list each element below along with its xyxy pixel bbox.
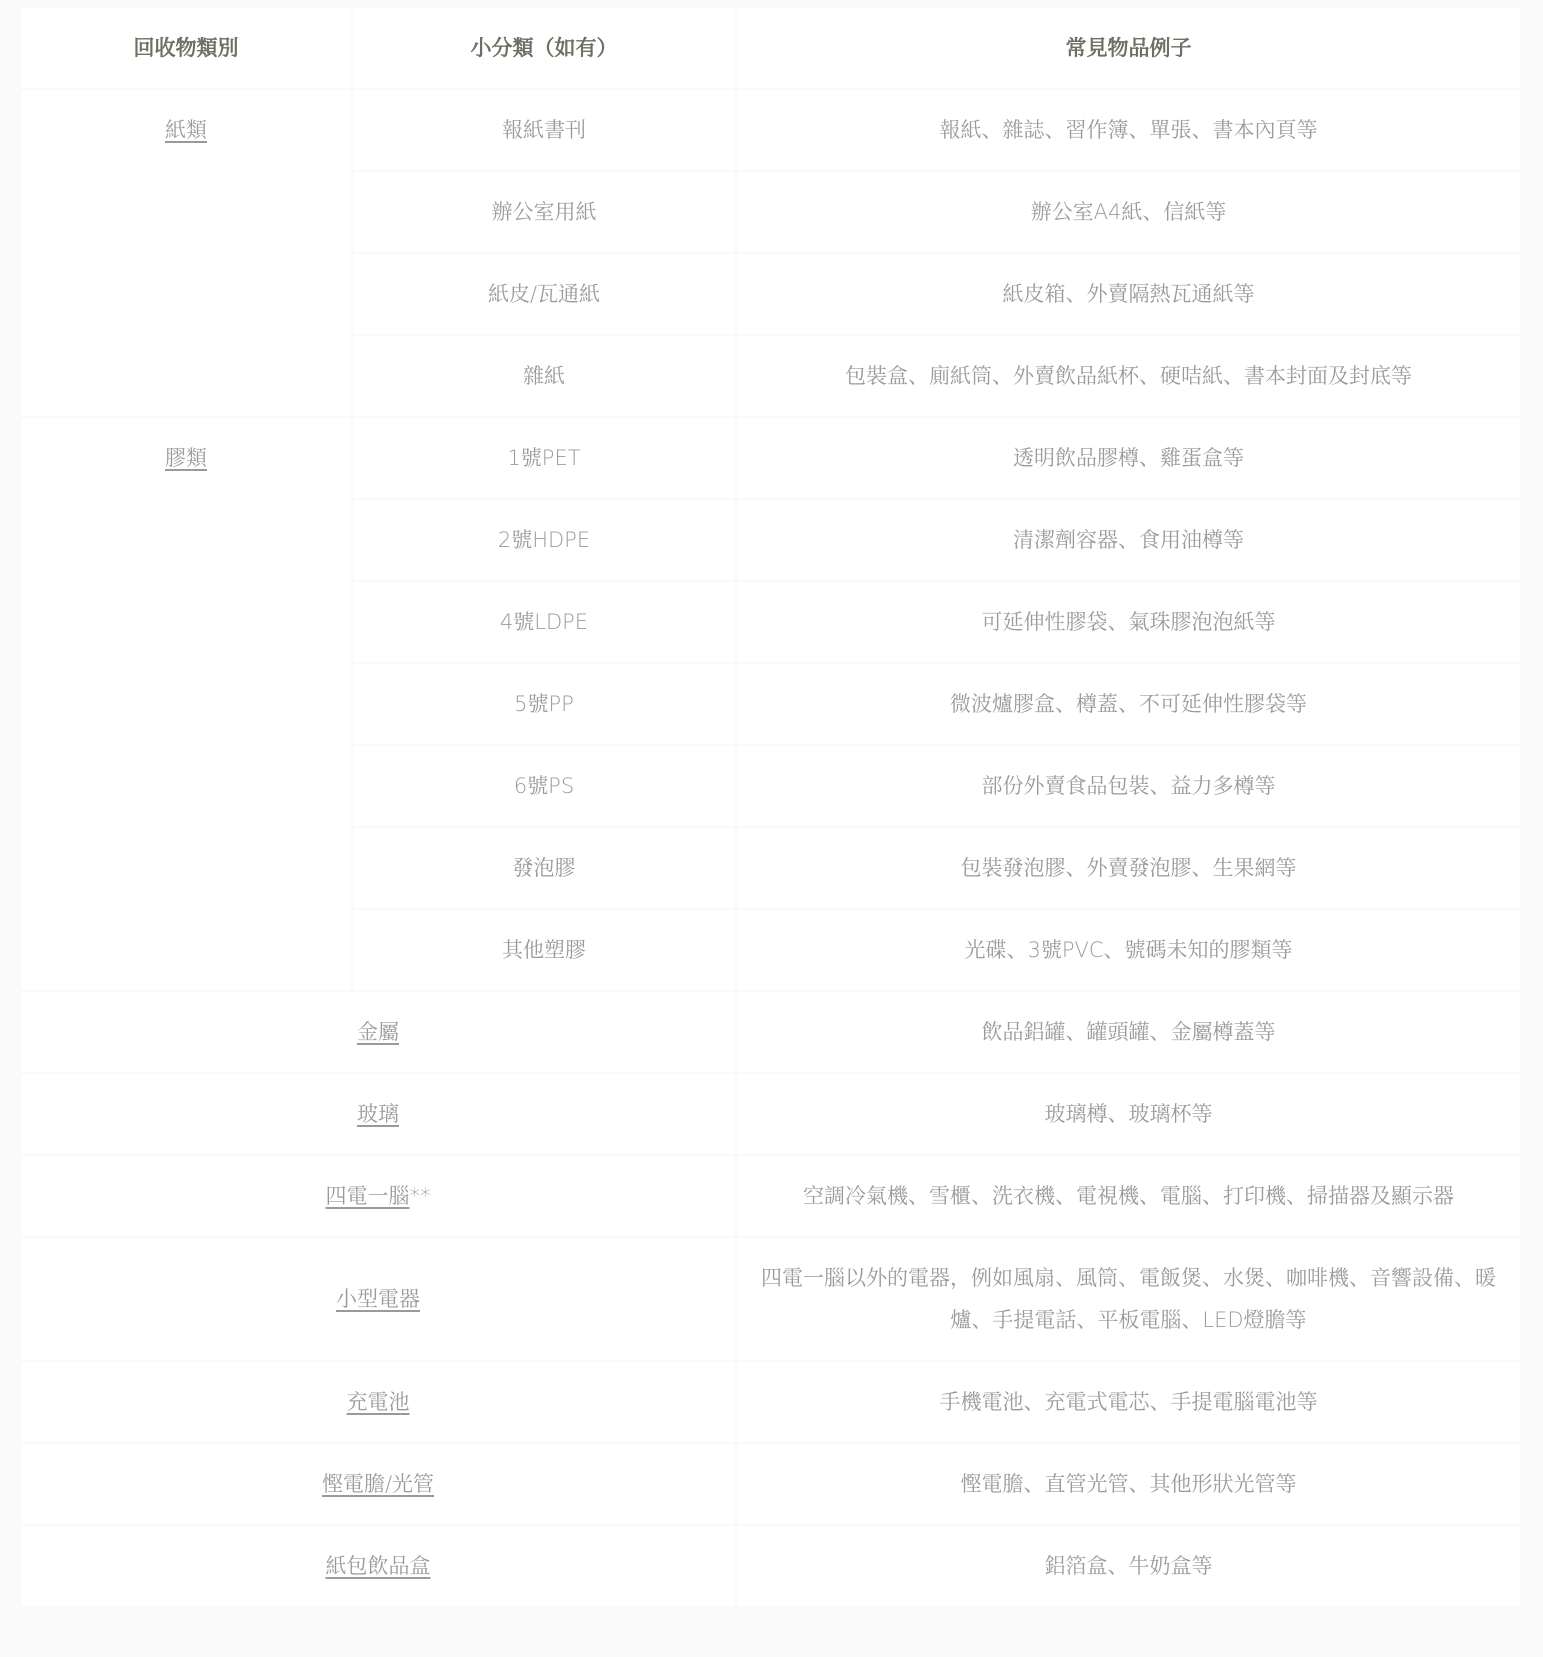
category-cell: 紙包飲品盒 bbox=[21, 1526, 735, 1606]
examples-cell: 紙皮箱、外賣隔熱瓦通紙等 bbox=[737, 254, 1520, 334]
category-link-paper[interactable]: 紙類 bbox=[165, 118, 207, 142]
category-link-regulated-appliances[interactable]: 四電一腦 bbox=[326, 1184, 410, 1208]
examples-cell: 四電一腦以外的電器，例如風扇、風筒、電飯煲、水煲、咖啡機、音響設備、暖爐、手提電… bbox=[737, 1238, 1520, 1360]
subcategory-cell: 報紙書刊 bbox=[353, 90, 735, 170]
category-cell: 充電池 bbox=[21, 1362, 735, 1442]
category-cell: 小型電器 bbox=[21, 1238, 735, 1360]
header-category: 回收物類別 bbox=[21, 8, 351, 88]
examples-cell: 透明飲品膠樽、雞蛋盒等 bbox=[737, 418, 1520, 498]
category-link-metal[interactable]: 金屬 bbox=[357, 1020, 399, 1044]
table-row: 膠類 1號PET 透明飲品膠樽、雞蛋盒等 bbox=[21, 418, 1520, 498]
subcategory-cell: 2號HDPE bbox=[353, 500, 735, 580]
examples-cell: 光碟、3號PVC、號碼未知的膠類等 bbox=[737, 910, 1520, 990]
category-link-small-appliances[interactable]: 小型電器 bbox=[336, 1287, 420, 1311]
category-link-glass[interactable]: 玻璃 bbox=[357, 1102, 399, 1126]
subcategory-cell: 5號PP bbox=[353, 664, 735, 744]
category-cell: 四電一腦** bbox=[21, 1156, 735, 1236]
examples-cell: 報紙、雜誌、習作簿、單張、書本內頁等 bbox=[737, 90, 1520, 170]
table-row: 紙類 報紙書刊 報紙、雜誌、習作簿、單張、書本內頁等 bbox=[21, 90, 1520, 170]
examples-cell: 清潔劑容器、食用油樽等 bbox=[737, 500, 1520, 580]
category-cell: 金屬 bbox=[21, 992, 735, 1072]
subcategory-cell: 6號PS bbox=[353, 746, 735, 826]
examples-cell: 部份外賣食品包裝、益力多樽等 bbox=[737, 746, 1520, 826]
category-link-rechargeable-batteries[interactable]: 充電池 bbox=[347, 1390, 410, 1414]
table-row: 四電一腦** 空調冷氣機、雪櫃、洗衣機、電視機、電腦、打印機、掃描器及顯示器 bbox=[21, 1156, 1520, 1236]
table-row: 小型電器 四電一腦以外的電器，例如風扇、風筒、電飯煲、水煲、咖啡機、音響設備、暖… bbox=[21, 1238, 1520, 1360]
examples-cell: 手機電池、充電式電芯、手提電腦電池等 bbox=[737, 1362, 1520, 1442]
examples-cell: 飲品鋁罐、罐頭罐、金屬樽蓋等 bbox=[737, 992, 1520, 1072]
examples-cell: 辦公室A4紙、信紙等 bbox=[737, 172, 1520, 252]
category-cell: 膠類 bbox=[21, 418, 351, 990]
table-row: 玻璃 玻璃樽、玻璃杯等 bbox=[21, 1074, 1520, 1154]
subcategory-cell: 雜紙 bbox=[353, 336, 735, 416]
table-row: 紙包飲品盒 鋁箔盒、牛奶盒等 bbox=[21, 1526, 1520, 1606]
subcategory-cell: 4號LDPE bbox=[353, 582, 735, 662]
recycling-table-container: 回收物類別 小分類（如有） 常見物品例子 紙類 報紙書刊 報紙、雜誌、習作簿、單… bbox=[19, 6, 1522, 1608]
examples-cell: 微波爐膠盒、樽蓋、不可延伸性膠袋等 bbox=[737, 664, 1520, 744]
category-link-plastic[interactable]: 膠類 bbox=[165, 446, 207, 470]
category-cell: 玻璃 bbox=[21, 1074, 735, 1154]
examples-cell: 空調冷氣機、雪櫃、洗衣機、電視機、電腦、打印機、掃描器及顯示器 bbox=[737, 1156, 1520, 1236]
table-row: 充電池 手機電池、充電式電芯、手提電腦電池等 bbox=[21, 1362, 1520, 1442]
header-examples: 常見物品例子 bbox=[737, 8, 1520, 88]
table-row: 金屬 飲品鋁罐、罐頭罐、金屬樽蓋等 bbox=[21, 992, 1520, 1072]
examples-cell: 玻璃樽、玻璃杯等 bbox=[737, 1074, 1520, 1154]
examples-cell: 包裝發泡膠、外賣發泡膠、生果網等 bbox=[737, 828, 1520, 908]
examples-cell: 包裝盒、廁紙筒、外賣飲品紙杯、硬咭紙、書本封面及封底等 bbox=[737, 336, 1520, 416]
category-cell: 紙類 bbox=[21, 90, 351, 416]
table-header-row: 回收物類別 小分類（如有） 常見物品例子 bbox=[21, 8, 1520, 88]
category-link-fluorescent-lamps[interactable]: 慳電膽/光管 bbox=[322, 1472, 434, 1496]
subcategory-cell: 辦公室用紙 bbox=[353, 172, 735, 252]
examples-cell: 可延伸性膠袋、氣珠膠泡泡紙等 bbox=[737, 582, 1520, 662]
recycling-table: 回收物類別 小分類（如有） 常見物品例子 紙類 報紙書刊 報紙、雜誌、習作簿、單… bbox=[19, 6, 1522, 1608]
category-suffix: ** bbox=[410, 1184, 431, 1208]
category-link-beverage-cartons[interactable]: 紙包飲品盒 bbox=[326, 1554, 431, 1578]
subcategory-cell: 發泡膠 bbox=[353, 828, 735, 908]
subcategory-cell: 1號PET bbox=[353, 418, 735, 498]
category-cell: 慳電膽/光管 bbox=[21, 1444, 735, 1524]
header-subcategory: 小分類（如有） bbox=[353, 8, 735, 88]
subcategory-cell: 紙皮/瓦通紙 bbox=[353, 254, 735, 334]
examples-cell: 鋁箔盒、牛奶盒等 bbox=[737, 1526, 1520, 1606]
examples-cell: 慳電膽、直管光管、其他形狀光管等 bbox=[737, 1444, 1520, 1524]
subcategory-cell: 其他塑膠 bbox=[353, 910, 735, 990]
table-row: 慳電膽/光管 慳電膽、直管光管、其他形狀光管等 bbox=[21, 1444, 1520, 1524]
